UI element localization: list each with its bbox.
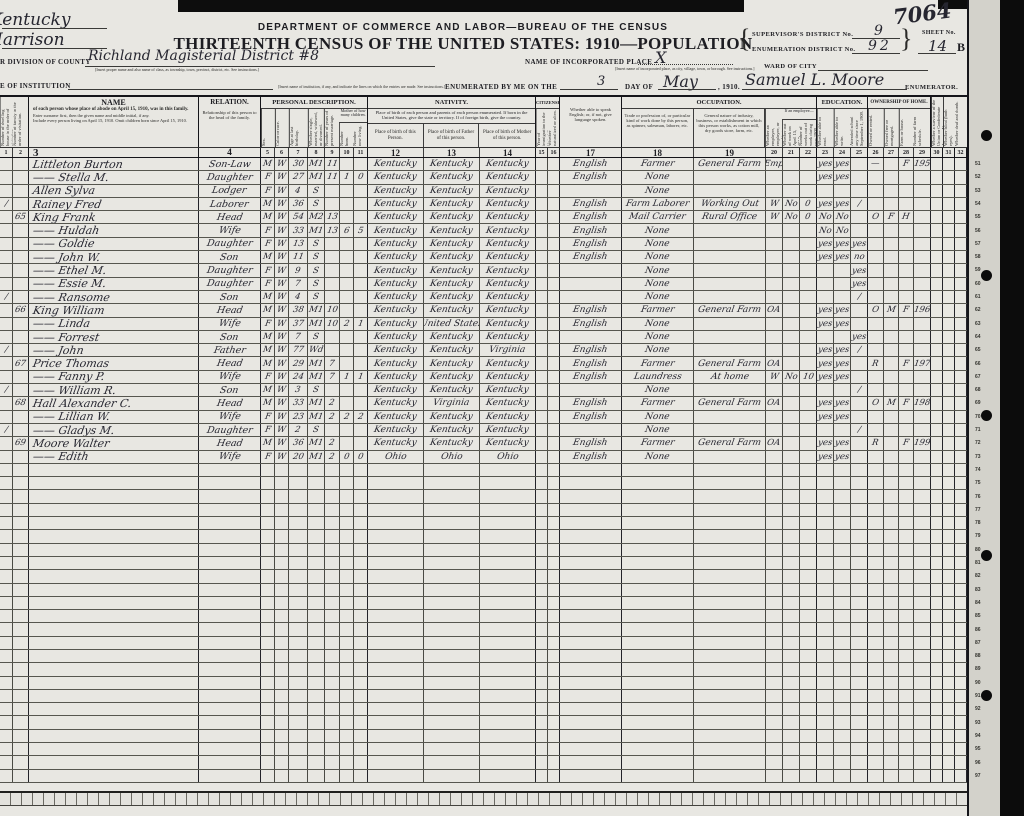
cell-fam	[13, 544, 29, 556]
cell-sex: F	[261, 371, 275, 383]
handwritten-value: Kentucky	[373, 425, 417, 435]
cell-yrs	[325, 690, 340, 702]
cell-pm	[480, 490, 536, 502]
cell-pf: United States	[424, 318, 480, 330]
cell-fm	[884, 584, 899, 596]
cell-eng: English	[560, 251, 622, 263]
cell-sex: F	[261, 318, 275, 330]
cell-write: yes	[834, 451, 851, 463]
cell-eng	[560, 264, 622, 276]
cell-pf	[424, 490, 480, 502]
cell-sch	[851, 517, 868, 529]
cell-trade: None	[622, 424, 694, 436]
cell-pob: Kentucky	[368, 251, 424, 263]
cell-own	[868, 597, 884, 609]
cell-deaf	[955, 464, 967, 476]
cell-emp	[766, 490, 783, 502]
cell-cb: 6	[340, 224, 354, 236]
column-number-3: 3	[29, 148, 199, 157]
column-number-24: 24	[834, 148, 851, 157]
cell-cb	[340, 703, 354, 715]
cell-name: —— Fanny P.	[29, 371, 199, 383]
cell-pm: Kentucky	[480, 171, 536, 183]
cell-color: W	[275, 198, 289, 210]
cell-sched	[914, 264, 931, 276]
cell-pob: Kentucky	[368, 318, 424, 330]
cell-cl	[354, 677, 368, 689]
cell-imm	[536, 650, 548, 662]
group-personal-description: PERSONAL DESCRIPTION.	[261, 97, 367, 109]
cell-vet	[931, 344, 943, 356]
handwritten-value: yes	[817, 319, 833, 329]
cell-mar: M1	[308, 171, 325, 183]
cell-own	[868, 411, 884, 423]
handwritten-value: Allen Sylva	[32, 185, 96, 197]
handwritten-value: Emp	[766, 159, 783, 169]
cell-yrs	[325, 677, 340, 689]
cell-wks	[800, 344, 817, 356]
cell-blind	[943, 570, 955, 582]
cell-color	[275, 517, 289, 529]
cell-color	[275, 530, 289, 542]
cell-trade	[622, 703, 694, 715]
cell-cb	[340, 570, 354, 582]
handwritten-value: R	[871, 438, 879, 448]
handwritten-value: None	[644, 385, 670, 395]
cell-ind	[694, 730, 766, 742]
table-body: Littleton BurtonSon-LawMW30M111KentuckyK…	[0, 158, 967, 783]
cell-rel	[199, 756, 261, 768]
handwritten-value: General Farm	[697, 359, 762, 369]
handwritten-value: 54	[292, 212, 305, 222]
cell-dw	[0, 663, 13, 675]
handwritten-value: 77	[292, 345, 305, 355]
cell-fm	[884, 557, 899, 569]
cell-wks	[800, 278, 817, 290]
cell-color: W	[275, 171, 289, 183]
handwritten-value: Rainey Fred	[32, 198, 103, 210]
cell-fh: F	[899, 397, 914, 409]
cell-fh	[899, 238, 914, 250]
handwritten-value: Kentucky	[429, 212, 473, 222]
cell-sch	[851, 743, 868, 755]
cell-write: yes	[834, 304, 851, 316]
cell-sched	[914, 517, 931, 529]
cell-pob	[368, 584, 424, 596]
cell-fm	[884, 264, 899, 276]
sheet-letter: B	[957, 40, 965, 55]
cell-write	[834, 185, 851, 197]
handwritten-value: 2	[328, 452, 335, 462]
cell-name	[29, 597, 199, 609]
cell-blind	[943, 424, 955, 436]
handwritten-value: W	[769, 372, 780, 382]
cell-own	[868, 238, 884, 250]
handwritten-value: W	[276, 452, 287, 462]
cell-yrs	[325, 570, 340, 582]
cell-cb	[340, 544, 354, 556]
cell-vet	[931, 610, 943, 622]
cell-write: No	[834, 211, 851, 223]
cell-pf	[424, 756, 480, 768]
cell-cb	[340, 238, 354, 250]
cell-fh	[899, 251, 914, 263]
handwritten-value: Kentucky	[373, 332, 417, 342]
cell-cl	[354, 344, 368, 356]
cell-trade	[622, 623, 694, 635]
cell-deaf	[955, 623, 967, 635]
cell-pf	[424, 584, 480, 596]
cell-name	[29, 703, 199, 715]
cell-sex	[261, 650, 275, 662]
enumerator-signature: Samuel L. Moore	[745, 70, 884, 89]
cell-fh	[899, 663, 914, 675]
cell-own	[868, 623, 884, 635]
handwritten-value: None	[644, 292, 670, 302]
cell-ind	[694, 278, 766, 290]
cell-color	[275, 730, 289, 742]
institution-label: E OF INSTITUTION	[0, 82, 71, 90]
cell-blind	[943, 650, 955, 662]
cell-fh	[899, 743, 914, 755]
cell-pob: Kentucky	[368, 304, 424, 316]
cell-emp	[766, 703, 783, 715]
cell-color	[275, 623, 289, 635]
cell-pm	[480, 650, 536, 662]
cell-pf: Kentucky	[424, 411, 480, 423]
cell-pf: Ohio	[424, 451, 480, 463]
cell-pob: Kentucky	[368, 424, 424, 436]
cell-emp: OA	[766, 437, 783, 449]
cell-pm	[480, 597, 536, 609]
cell-out	[783, 464, 800, 476]
cell-rel	[199, 610, 261, 622]
cell-sex	[261, 584, 275, 596]
handwritten-value: None	[644, 412, 670, 422]
cell-vet	[931, 437, 943, 449]
handwritten-value: Farmer	[640, 359, 675, 369]
cell-sched	[914, 570, 931, 582]
handwritten-value: English	[572, 372, 608, 382]
cell-deaf	[955, 770, 967, 782]
handwritten-value: —— Ransome	[32, 291, 111, 303]
handwritten-value: M	[886, 305, 896, 315]
cell-pob: Kentucky	[368, 437, 424, 449]
cell-blind	[943, 371, 955, 383]
cell-pob: Kentucky	[368, 264, 424, 276]
cell-deaf	[955, 690, 967, 702]
margin-line-number: 97	[975, 773, 981, 779]
cell-age	[289, 756, 308, 768]
cell-read	[817, 544, 834, 556]
cell-read	[817, 557, 834, 569]
cell-deaf	[955, 544, 967, 556]
cell-yrs	[325, 517, 340, 529]
handwritten-value: 197	[914, 359, 931, 369]
cell-imm	[536, 397, 548, 409]
handwritten-value: Virginia	[433, 398, 471, 408]
handwritten-value: W	[276, 266, 287, 276]
cell-wks	[800, 690, 817, 702]
cell-out	[783, 517, 800, 529]
handwritten-value: 33	[292, 398, 305, 408]
cell-fam	[13, 464, 29, 476]
handwritten-value: yes	[834, 319, 850, 329]
cell-dw	[0, 557, 13, 569]
cell-age	[289, 690, 308, 702]
cell-ind	[694, 171, 766, 183]
cell-fm	[884, 743, 899, 755]
cell-sex: M	[261, 437, 275, 449]
margin-line-number: 67	[975, 374, 981, 380]
handwritten-value: 1	[357, 319, 364, 329]
handwritten-value: Kentucky	[429, 305, 473, 315]
cell-sex: F	[261, 451, 275, 463]
cell-pob	[368, 597, 424, 609]
cell-blind	[943, 318, 955, 330]
cell-wks	[800, 424, 817, 436]
cell-age: 30	[289, 158, 308, 170]
handwritten-value: Kentucky	[429, 332, 473, 342]
cell-pm	[480, 703, 536, 715]
cell-rel: Lodger	[199, 185, 261, 197]
cell-ind	[694, 703, 766, 715]
cell-fam	[13, 238, 29, 250]
cell-imm	[536, 716, 548, 728]
handwritten-value: Kentucky	[429, 159, 473, 169]
handwritten-value: 30	[292, 159, 305, 169]
handwritten-value: 9	[294, 266, 301, 276]
division-of-county-label: R DIVISION OF COUNTY	[0, 58, 91, 66]
handwritten-value: At home	[710, 372, 750, 382]
cell-rel	[199, 477, 261, 489]
cell-trade	[622, 610, 694, 622]
cell-dw: /	[0, 384, 13, 396]
handwritten-value: /	[857, 199, 862, 209]
handwritten-value: None	[644, 452, 670, 462]
cell-emp	[766, 557, 783, 569]
cell-name: —— Linda	[29, 318, 199, 330]
cell-blind	[943, 344, 955, 356]
cell-sched	[914, 278, 931, 290]
cell-pm	[480, 730, 536, 742]
cell-sched	[914, 597, 931, 609]
handwritten-value: 67	[14, 359, 27, 369]
cell-own	[868, 198, 884, 210]
cell-blind	[943, 451, 955, 463]
cell-eng	[560, 756, 622, 768]
cell-rel: Daughter	[199, 424, 261, 436]
cell-fam	[13, 224, 29, 236]
cell-ind	[694, 344, 766, 356]
header-nativity: NATIVITY. Place of birth of each person …	[368, 97, 536, 147]
cell-sex: F	[261, 264, 275, 276]
cell-mar: M1	[308, 158, 325, 170]
cell-sched	[914, 371, 931, 383]
handwritten-value: M1	[308, 438, 324, 448]
margin-line-number: 68	[975, 387, 981, 393]
cell-deaf	[955, 477, 967, 489]
cell-fh	[899, 411, 914, 423]
cell-color: W	[275, 384, 289, 396]
handwritten-value: /	[857, 385, 862, 395]
handwritten-value: Daughter	[206, 425, 254, 436]
cell-sched	[914, 663, 931, 675]
incorporated-place-handwritten: X	[655, 48, 666, 67]
cell-sched	[914, 504, 931, 516]
cell-own	[868, 490, 884, 502]
cell-fm	[884, 477, 899, 489]
cell-age: 33	[289, 224, 308, 236]
cell-write	[834, 504, 851, 516]
handwritten-value: Kentucky	[485, 385, 529, 395]
col-dwelling-number-header: Number of dwelling house in the order of…	[0, 97, 13, 147]
cell-cl	[354, 464, 368, 476]
cell-sch	[851, 597, 868, 609]
census-row: Littleton BurtonSon-LawMW30M111KentuckyK…	[0, 158, 967, 171]
cell-pf: Kentucky	[424, 357, 480, 369]
cell-sch	[851, 437, 868, 449]
cell-rel	[199, 517, 261, 529]
cell-eng	[560, 331, 622, 343]
cell-write: yes	[834, 357, 851, 369]
cell-vet	[931, 171, 943, 183]
handwritten-value: M1	[308, 172, 324, 182]
cell-vet	[931, 716, 943, 728]
cell-color: W	[275, 185, 289, 197]
cell-emp	[766, 238, 783, 250]
cell-nat	[548, 371, 560, 383]
right-brace: }	[900, 24, 912, 54]
cell-blind	[943, 304, 955, 316]
handwritten-value: English	[572, 452, 608, 462]
cell-deaf	[955, 490, 967, 502]
cell-imm	[536, 158, 548, 170]
column-number-11: 11	[354, 148, 368, 157]
cell-deaf	[955, 251, 967, 263]
handwritten-value: English	[572, 359, 608, 369]
handwritten-value: F	[264, 186, 272, 196]
cell-out	[783, 530, 800, 542]
cell-pf	[424, 637, 480, 649]
handwritten-value: Kentucky	[485, 226, 529, 236]
cell-imm	[536, 743, 548, 755]
column-number-7: 7	[289, 148, 308, 157]
cell-imm	[536, 756, 548, 768]
cell-vet	[931, 703, 943, 715]
cell-nat	[548, 570, 560, 582]
cell-name	[29, 490, 199, 502]
cell-name	[29, 650, 199, 662]
right-margin-strip: 5152535455565758596061626364656667686970…	[967, 0, 1000, 816]
cell-name	[29, 663, 199, 675]
cell-nat	[548, 158, 560, 170]
cell-trade	[622, 517, 694, 529]
empty-row	[0, 677, 967, 690]
cell-pm: Kentucky	[480, 397, 536, 409]
cell-cl	[354, 437, 368, 449]
column-number-25: 25	[851, 148, 868, 157]
cell-dw	[0, 437, 13, 449]
cell-deaf	[955, 504, 967, 516]
cell-sex	[261, 770, 275, 782]
handwritten-value: No	[818, 226, 832, 236]
cell-vet	[931, 291, 943, 303]
cell-color	[275, 544, 289, 556]
col-years-married-header: Number of years of present marriage.	[324, 109, 339, 147]
handwritten-value: 10	[326, 319, 339, 329]
cell-cl	[354, 238, 368, 250]
cell-read	[817, 477, 834, 489]
cell-age	[289, 544, 308, 556]
cell-imm	[536, 331, 548, 343]
handwritten-value: yes	[817, 172, 833, 182]
handwritten-value: General Farm	[697, 398, 762, 408]
mother-children-title: Mother of how many children.	[339, 109, 367, 123]
day-of-label: DAY OF	[625, 83, 653, 91]
cell-emp	[766, 424, 783, 436]
cell-age: 29	[289, 357, 308, 369]
cell-read	[817, 650, 834, 662]
cell-name	[29, 716, 199, 728]
cell-fam	[13, 477, 29, 489]
cell-own: R	[868, 357, 884, 369]
handwritten-value: yes	[817, 252, 833, 262]
cell-sched	[914, 690, 931, 702]
col-immigration-header: Year of immigration to the United States…	[536, 109, 548, 147]
cell-sex: M	[261, 344, 275, 356]
cell-ind: General Farm	[694, 397, 766, 409]
cell-wks	[800, 384, 817, 396]
handwritten-value: 2	[328, 438, 335, 448]
handwritten-value: W	[276, 412, 287, 422]
cell-imm	[536, 384, 548, 396]
cell-trade	[622, 690, 694, 702]
cell-pob: Kentucky	[368, 158, 424, 170]
cell-vet	[931, 756, 943, 768]
cell-sch	[851, 756, 868, 768]
census-row: Allen SylvaLodgerFW4SKentuckyKentuckyKen…	[0, 185, 967, 198]
col-out-of-work-header: Whether out of work on April 15, 1910.	[782, 120, 799, 147]
cell-sched	[914, 610, 931, 622]
margin-line-number: 71	[975, 427, 981, 433]
relation-title: RELATION.	[199, 97, 260, 106]
handwritten-value: —— Stella M.	[32, 171, 110, 183]
cell-nat	[548, 690, 560, 702]
cell-color: W	[275, 344, 289, 356]
margin-line-number: 83	[975, 587, 981, 593]
handwritten-value: yes	[834, 252, 850, 262]
cell-pf	[424, 703, 480, 715]
cell-mar	[308, 663, 325, 675]
cell-sched: 196	[914, 304, 931, 316]
cell-cl	[354, 331, 368, 343]
cell-own	[868, 224, 884, 236]
cell-imm	[536, 597, 548, 609]
cell-fh	[899, 623, 914, 635]
handwritten-value: English	[572, 226, 608, 236]
cell-dw	[0, 504, 13, 516]
cell-vet	[931, 318, 943, 330]
cell-sex: F	[261, 171, 275, 183]
cell-cb	[340, 464, 354, 476]
census-row: 69Moore WalterHeadMW36M12KentuckyKentuck…	[0, 437, 967, 450]
cell-fam	[13, 331, 29, 343]
cell-vet	[931, 544, 943, 556]
handwritten-value: /	[4, 385, 9, 395]
handwritten-value: Kentucky	[373, 239, 417, 249]
cell-mar	[308, 650, 325, 662]
